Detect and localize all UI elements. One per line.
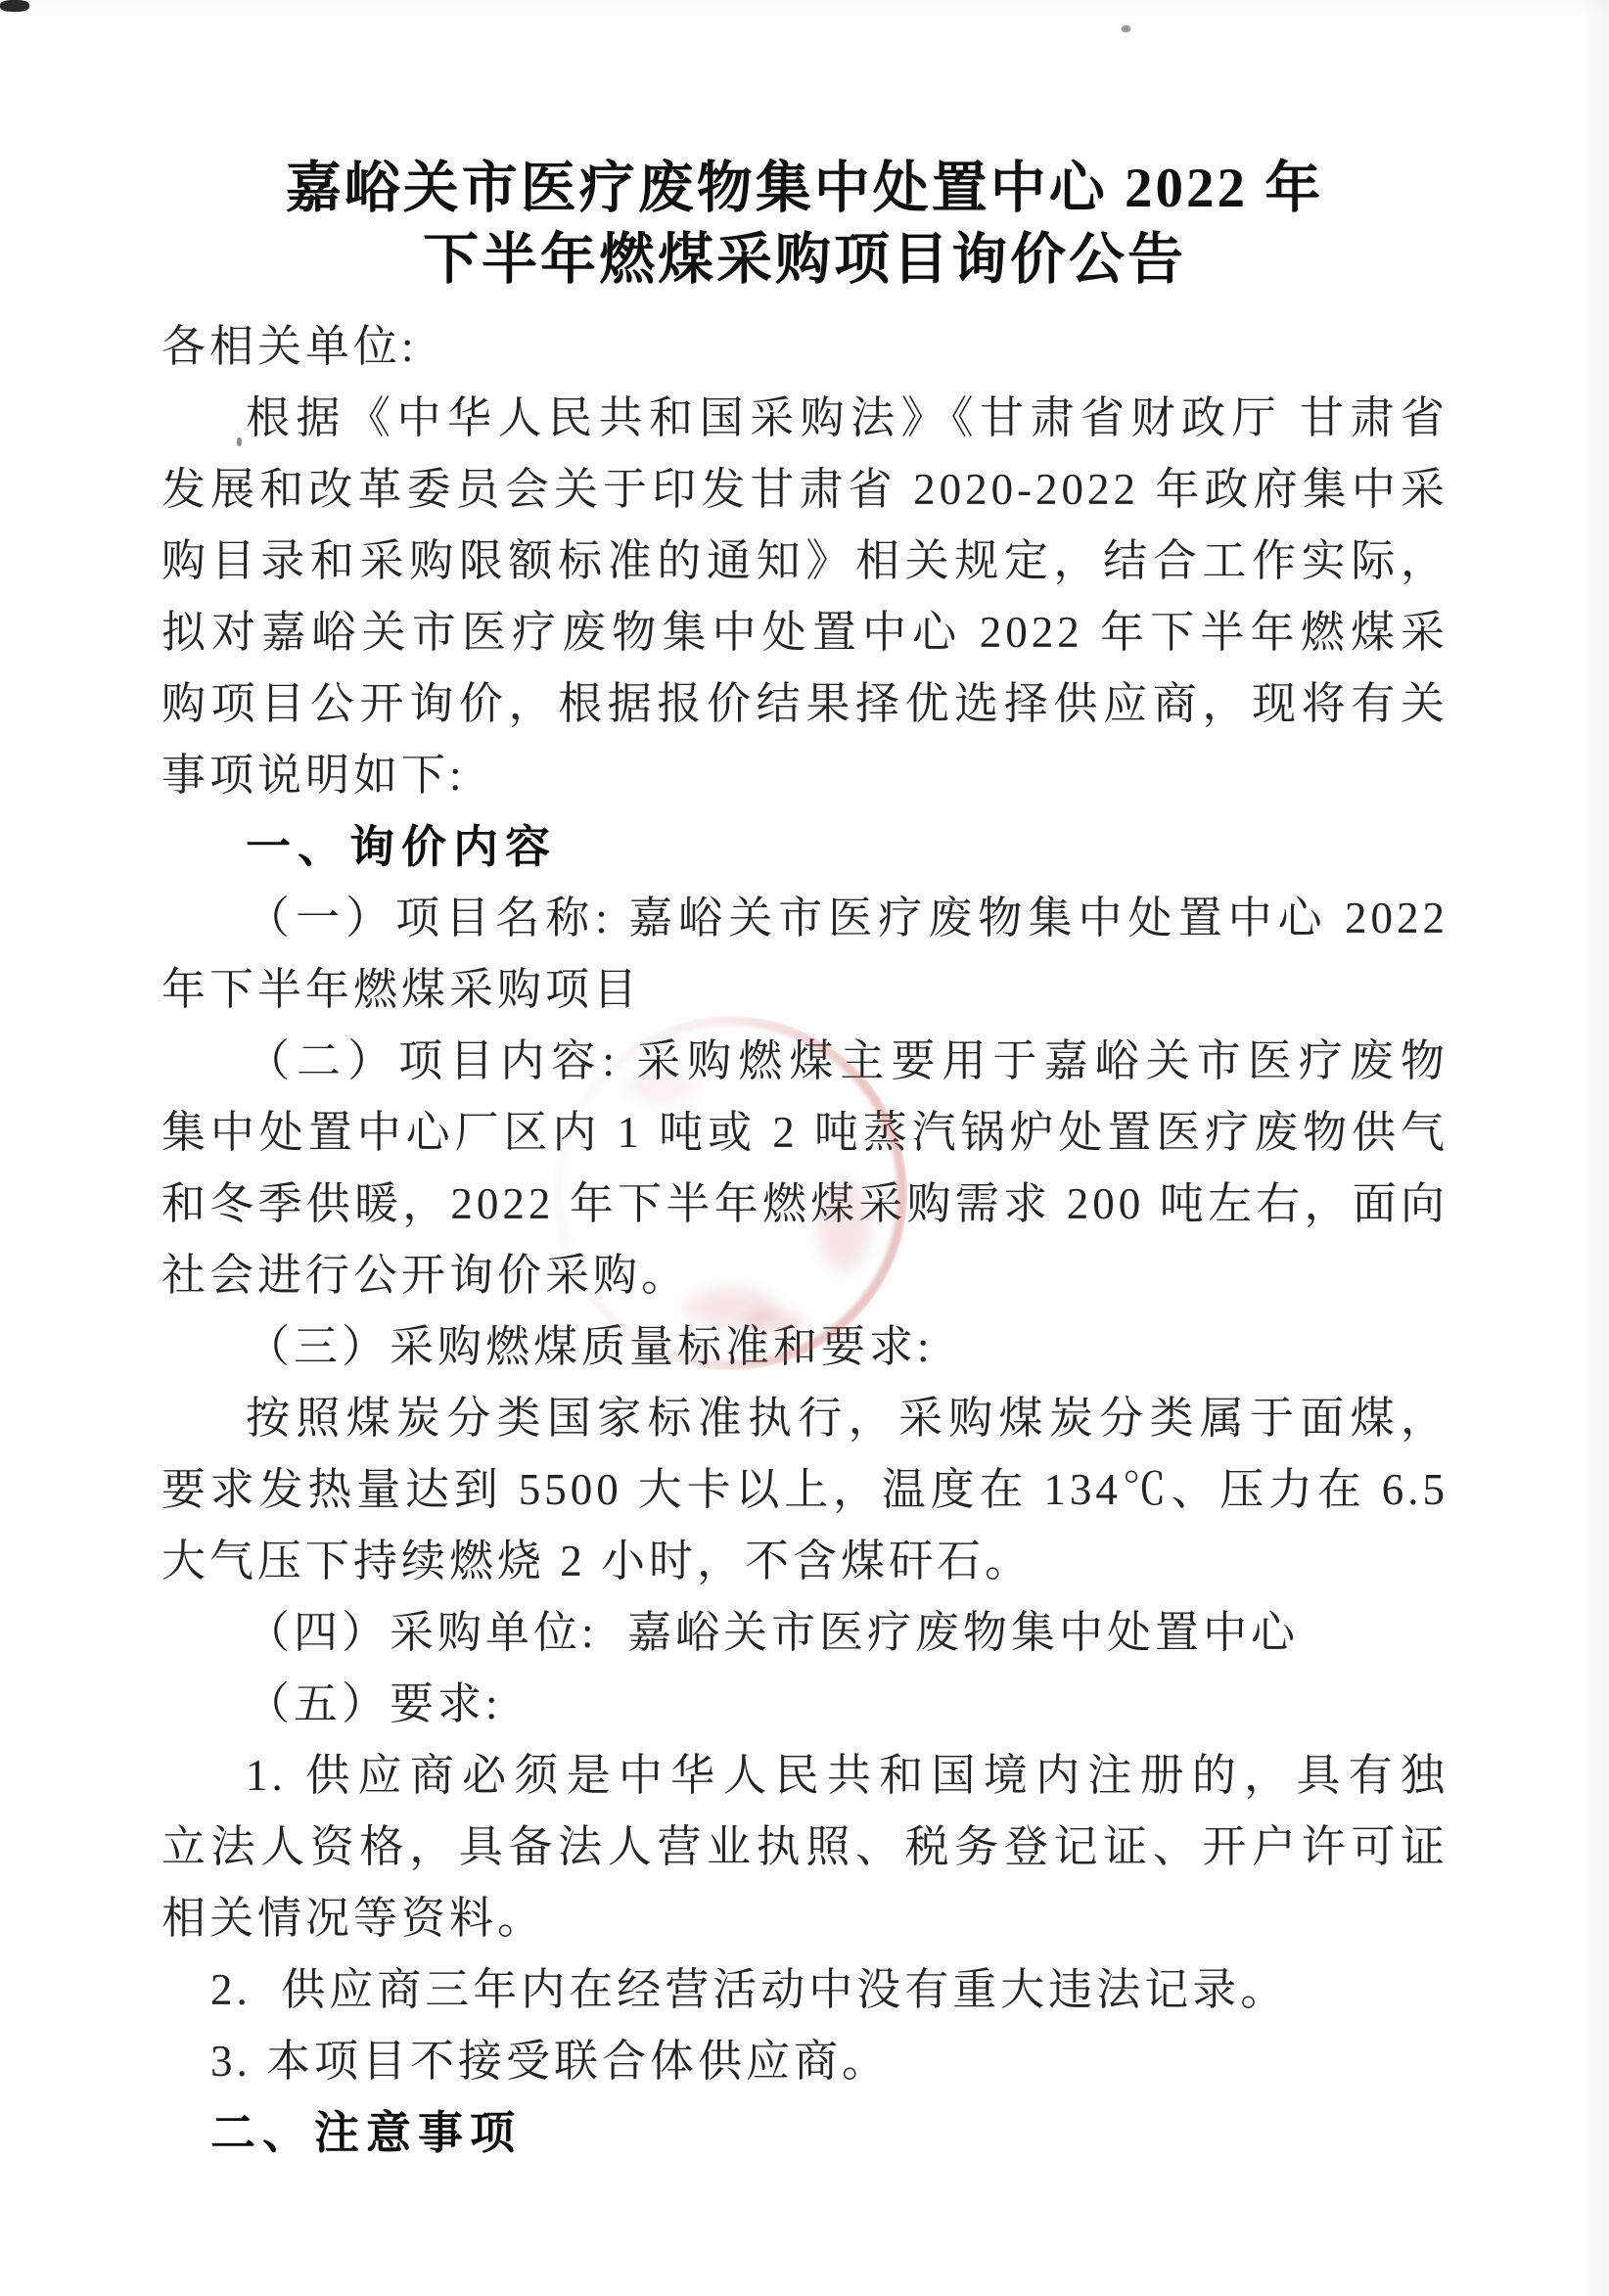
text-line: 购项目公开询价，根据报价结果择优选择供应商，现将有关 [161,668,1448,740]
document-title-line2: 下半年燃煤采购项目询价公告 [0,224,1609,296]
text-line: 立法人资格，具备法人营业执照、税务登记证、开户许可证 [161,1812,1448,1883]
text-line: （一）项目名称: 嘉峪关市医疗废物集中处置中心 2022 [161,883,1448,954]
text-line: 根据《中华人民共和国采购法》《甘肃省财政厅 甘肃省 [161,383,1448,454]
red-seal-smudge [626,1072,695,1101]
text-line: 发展和改革委员会关于印发甘肃省 2020-2022 年政府集中采 [161,454,1448,526]
text-line: 二、注意事项 [161,2097,1448,2169]
text-line: 一、询价内容 [161,811,1448,883]
text-line: 按照煤炭分类国家标准执行，采购煤炭分类属于面煤， [161,1383,1448,1454]
text-line: 2. 供应商三年内在经营活动中没有重大违法记录。 [161,1954,1448,2026]
text-line: （五）要求: [161,1669,1448,1740]
text-line: 3. 本项目不接受联合体供应商。 [161,2026,1448,2097]
text-line: （四）采购单位: 嘉峪关市医疗废物集中处置中心 [161,1597,1448,1669]
text-line: 拟对嘉峪关市医疗废物集中处置中心 2022 年下半年燃煤采 [161,597,1448,668]
scan-artifact [237,437,242,446]
scan-artifact [0,0,29,12]
red-seal-smudge [817,1179,871,1272]
text-line: 相关情况等资料。 [161,1883,1448,1954]
document-title: 嘉峪关市医疗废物集中处置中心 2022 年 下半年燃煤采购项目询价公告 [0,153,1609,296]
text-line: 各相关单位: [161,311,1448,383]
scanned-document-page: 嘉峪关市医疗废物集中处置中心 2022 年 下半年燃煤采购项目询价公告 各相关单… [0,0,1609,2296]
text-line: 1. 供应商必须是中华人民共和国境内注册的，具有独 [161,1740,1448,1812]
text-line: 购目录和采购限额标准的通知》相关规定，结合工作实际， [161,526,1448,597]
text-line: 大气压下持续燃烧 2 小时，不含煤矸石。 [161,1526,1448,1597]
scan-artifact [1122,25,1130,32]
text-line: 事项说明如下: [161,740,1448,811]
text-line: 年下半年燃煤采购项目 [161,954,1448,1026]
document-title-line1: 嘉峪关市医疗废物集中处置中心 2022 年 [0,153,1609,224]
text-line: 要求发热量达到 5500 大卡以上，温度在 134℃、压力在 6.5 [161,1454,1448,1526]
red-seal-smudge [744,1309,803,1335]
